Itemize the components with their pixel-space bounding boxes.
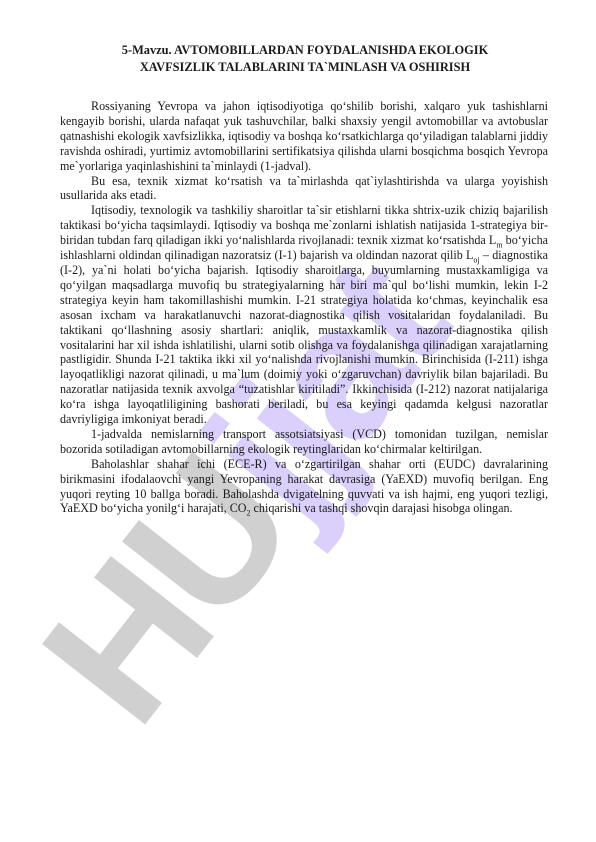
paragraph-5: Baholashlar shahar ichi (ECE-R) va o‘zga… (60, 457, 548, 517)
paragraph-3-part-c: – diagnostika (I-2), ya`ni holati bo‘yic… (60, 248, 548, 426)
page-title: 5-Mavzu. AVTOMOBILLARDAN FOYDALANISHDA E… (60, 42, 550, 76)
paragraph-2: Bu esa, texnik xizmat ko‘rsatish va ta`m… (60, 174, 548, 204)
document-page: HUjjat 5-Mavzu. AVTOMOBILLARDAN FOYDALAN… (0, 0, 596, 842)
paragraph-1: Rossiyaning Yevropa va jahon iqtisodiyot… (60, 99, 548, 174)
paragraph-3: Iqtisodiy, texnologik va tashkiliy sharo… (60, 203, 548, 427)
title-line-1: 5-Mavzu. AVTOMOBILLARDAN FOYDALANISHDA E… (60, 42, 550, 59)
paragraph-3-part-a: Iqtisodiy, texnologik va tashkiliy sharo… (60, 203, 548, 247)
document-body: Rossiyaning Yevropa va jahon iqtisodiyot… (60, 99, 548, 516)
title-line-2: XAVFSIZLIK TALABLARINI TA`MINLASH VA OSH… (60, 59, 550, 76)
paragraph-5-part-b: chiqarishi va tashqi shovqin darajasi hi… (251, 501, 513, 515)
paragraph-4: 1-jadvalda nemislarning transport assots… (60, 427, 548, 457)
